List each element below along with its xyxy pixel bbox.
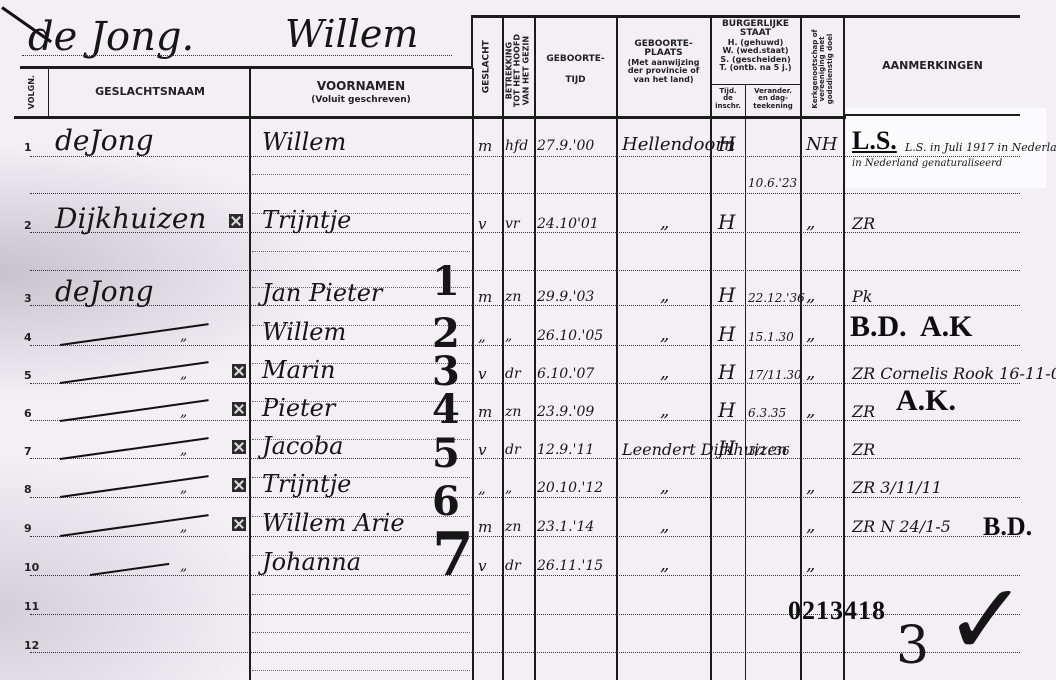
cell-place: „ <box>660 554 669 575</box>
archive-number: 0213418 <box>788 596 886 626</box>
gp-line: van het land) <box>617 76 710 84</box>
cell-rel: hfd <box>505 138 528 154</box>
cell-rel: dr <box>505 442 521 458</box>
cell-num: 10 <box>24 561 39 574</box>
bottom-mark: 3 <box>896 616 929 676</box>
remark-line2: in Nederland genaturaliseerd <box>852 158 1002 169</box>
frame-line <box>471 15 473 68</box>
cell-sex: m <box>478 137 492 155</box>
cell-rel: zn <box>505 289 521 305</box>
cell-num: 3 <box>24 292 32 305</box>
cell-place: „ <box>660 212 669 233</box>
cell-num: 7 <box>24 445 32 458</box>
name-subrule <box>252 174 470 175</box>
cell-surname: „ <box>180 519 187 535</box>
cell-sex: „ <box>478 479 486 497</box>
cell-first: Jan Pieter <box>262 279 382 307</box>
cell-first: Jacoba <box>262 432 344 460</box>
cell-rel: dr <box>505 558 521 574</box>
cell-surname: Dijkhuizen <box>55 202 206 235</box>
cell-num: 11 <box>24 600 39 613</box>
col-verandering: Verander. en dag- teekening <box>746 88 800 110</box>
cell-first: Johanna <box>262 548 361 576</box>
cell-verander: 10.6.'23 <box>748 176 797 190</box>
margin-digit: 1 <box>432 258 460 305</box>
cell-surname: „ <box>180 404 187 420</box>
deceased-marker-icon <box>229 214 243 228</box>
cell-kerk: „ <box>806 400 815 421</box>
cell-surname: deJong <box>55 275 154 308</box>
row-rule <box>30 193 1020 194</box>
bs-line: T. (ontb. na 5 j.) <box>711 64 800 72</box>
cell-num: 5 <box>24 369 32 382</box>
cell-num: 2 <box>24 219 32 232</box>
header-top-rule <box>20 66 472 69</box>
cell-sex: v <box>478 215 486 233</box>
col-voornamen-sub: (Voluit geschreven) <box>250 96 472 105</box>
cell-rel: „ <box>505 328 512 344</box>
col-betrekking: BETREKKING TOT HET HOOFD VAN HET GEZIN <box>505 21 530 121</box>
cell-staat: H <box>718 210 735 234</box>
cell-birth: 23.9.'09 <box>537 404 594 420</box>
cell-kerk: „ <box>806 476 815 497</box>
cell-sex: v <box>478 557 486 575</box>
stamp-bd-ak: B.D. A.K <box>850 310 973 344</box>
kg-line: godsdienstig doel <box>827 26 834 112</box>
checkmark: ✓ <box>944 570 1028 670</box>
cell-birth: 20.10.'12 <box>537 480 603 496</box>
cell-surname: „ <box>180 558 187 574</box>
cell-kerk: „ <box>806 212 815 233</box>
row-rule <box>30 270 1020 271</box>
cell-rel: „ <box>505 480 512 496</box>
cell-first: Willem Arie <box>262 509 405 537</box>
cell-surname: „ <box>180 328 187 344</box>
cell-first: Trijntje <box>262 470 351 498</box>
cell-surname: „ <box>180 480 187 496</box>
cell-sex: v <box>478 365 486 383</box>
cell-tijd: 3/1.'36 <box>748 444 790 458</box>
vd-line: teekening <box>746 103 800 110</box>
margin-digit: 7 <box>432 520 474 590</box>
deceased-marker-icon <box>232 364 246 378</box>
cell-staat: H <box>718 360 735 384</box>
cell-remark: ZR N 24/1-5 <box>852 517 951 536</box>
col-geslacht: GESLACHT <box>482 35 491 99</box>
deceased-marker-icon <box>232 517 246 531</box>
cell-kerk: NH <box>806 134 837 155</box>
cell-staat: H <box>718 283 735 307</box>
cell-sex: „ <box>478 327 486 345</box>
cell-birth: 27.9.'00 <box>537 138 594 154</box>
name-subrule <box>252 594 470 595</box>
aanmerk-rule <box>845 114 1020 116</box>
col-geslachtsnaam: GESLACHTSNAAM <box>50 86 250 98</box>
col-geboortetijd: GEBOORTE- TIJD <box>535 55 616 86</box>
col-divider <box>710 15 712 680</box>
cell-remark: ZR <box>852 214 875 233</box>
cell-kerk: „ <box>806 515 815 536</box>
cell-num: 8 <box>24 483 32 496</box>
cell-sex: m <box>478 518 492 536</box>
name-subrule <box>252 670 470 671</box>
cell-tijd: 6.3.35 <box>748 406 786 420</box>
col-divider <box>534 15 536 680</box>
cell-sex: m <box>478 288 492 306</box>
cell-place: „ <box>660 515 669 536</box>
col-burgerlijke-staat: BURGERLIJKE STAAT H. (gehuwd) W. (wed.st… <box>711 20 800 72</box>
cell-staat: H <box>718 322 735 346</box>
cell-place: „ <box>660 285 669 306</box>
geboortetijd-line: GEBOORTE- <box>535 55 616 64</box>
cell-surname: „ <box>180 366 187 382</box>
col-aanmerkingen: AANMERKINGEN <box>845 60 1020 72</box>
stamp-ak: A.K. <box>896 384 956 418</box>
cell-staat: H <box>718 398 735 422</box>
cell-surname: deJong <box>55 124 154 157</box>
col-geboorteplaats: GEBOORTE- PLAATS (Met aanwijzing der pro… <box>617 40 710 84</box>
cell-kerk: „ <box>806 285 815 306</box>
cell-tijd: 15.1.30 <box>748 330 794 344</box>
cell-remark: L.S. in Juli 1917 in Nederland genatural… <box>905 141 1056 154</box>
cell-remark: Pk <box>852 287 872 306</box>
cell-first: Marin <box>262 356 336 384</box>
col-divider <box>502 15 504 680</box>
row-rule <box>30 536 1020 537</box>
cell-first: Willem <box>262 318 346 346</box>
cell-place: „ <box>660 476 669 497</box>
deceased-marker-icon <box>232 478 246 492</box>
cell-birth: 6.10.'07 <box>537 366 594 382</box>
cell-rel: zn <box>505 404 521 420</box>
stamp-ls: L.S. <box>852 126 897 156</box>
cell-kerk: „ <box>806 324 815 345</box>
cell-remark: ZR Cornelis Rook 16-11-06. <box>852 364 1056 383</box>
cell-num: 4 <box>24 331 32 344</box>
header-surname: de Jong. <box>28 14 194 60</box>
name-subrule <box>252 632 470 633</box>
cell-num: 12 <box>24 639 39 652</box>
row-rule <box>30 383 1020 384</box>
cell-first: Willem <box>262 128 346 156</box>
cell-surname: „ <box>180 442 187 458</box>
cell-tijd: 17/11.30 <box>748 368 802 382</box>
cell-sex: m <box>478 403 492 421</box>
cell-staat: H <box>718 436 735 460</box>
cell-rel: vr <box>505 216 520 232</box>
cell-remark: ZR 3/11/11 <box>852 478 942 497</box>
ti-line: inschr. <box>711 103 745 110</box>
header-top-rule-right <box>472 15 1020 18</box>
row-rule <box>30 575 1020 576</box>
cell-rel: zn <box>505 519 521 535</box>
deceased-marker-icon <box>232 440 246 454</box>
cell-remark: ZR <box>852 440 875 459</box>
row-rule <box>30 345 1020 346</box>
cell-first: Pieter <box>262 394 335 422</box>
cell-num: 1 <box>24 141 32 154</box>
col-voornamen: VOORNAMEN <box>250 80 472 93</box>
cell-staat: H <box>718 132 735 156</box>
header-firstname: Willem <box>285 12 418 56</box>
cell-place: „ <box>660 400 669 421</box>
cell-birth: 29.9.'03 <box>537 289 594 305</box>
cell-remark: ZR <box>852 402 875 421</box>
betrekking-line: VAN HET GEZIN <box>522 21 530 121</box>
cell-birth: 26.10.'05 <box>537 328 603 344</box>
margin-digit: 6 <box>432 478 460 525</box>
col-volgn: VOLGN. <box>28 64 36 120</box>
cell-rel: dr <box>505 366 521 382</box>
cell-birth: 12.9.'11 <box>537 442 594 458</box>
header-rule <box>22 55 452 56</box>
cell-sex: v <box>478 441 486 459</box>
cell-num: 6 <box>24 407 32 420</box>
cell-kerk: „ <box>806 362 815 383</box>
col-kerkgenootschap: Kerkgenootschap of vereeniging met godsd… <box>812 26 834 112</box>
deceased-marker-icon <box>232 402 246 416</box>
burger-split <box>710 84 800 85</box>
row-rule <box>30 156 1020 157</box>
stamp-bd: B.D. <box>983 512 1032 542</box>
cell-place: „ <box>660 362 669 383</box>
cell-birth: 23.1.'14 <box>537 519 594 535</box>
cell-num: 9 <box>24 522 32 535</box>
cell-tijd: 22.12.'36 <box>748 291 805 305</box>
col-divider <box>249 68 251 680</box>
name-subrule <box>252 251 470 252</box>
col-divider <box>800 15 802 680</box>
margin-digit: 4 <box>432 386 460 433</box>
margin-digit: 5 <box>432 430 460 477</box>
cell-first: Trijntje <box>262 206 351 234</box>
col-divider <box>616 15 618 680</box>
geboortetijd-line: TIJD <box>535 76 616 85</box>
col-tijd-inschr: Tijd. de inschr. <box>711 88 745 110</box>
row-rule <box>30 652 1020 653</box>
cell-place: „ <box>660 324 669 345</box>
cell-birth: 24.10'01 <box>537 216 599 232</box>
cell-kerk: „ <box>806 554 815 575</box>
col-divider <box>48 68 49 116</box>
cell-birth: 26.11.'15 <box>537 558 603 574</box>
row-rule <box>30 497 1020 498</box>
